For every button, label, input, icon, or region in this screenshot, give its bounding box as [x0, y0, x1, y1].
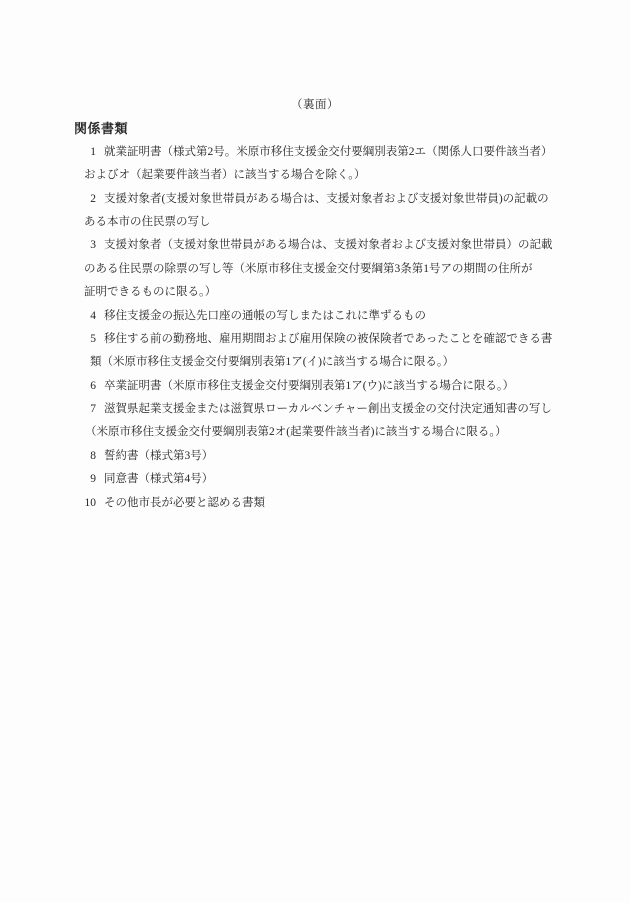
list-item: 3 支援対象者（支援対象世帯員がある場合は、支援対象者および支援対象世帯員）の記… — [0, 234, 630, 304]
item-number: 4 — [74, 305, 96, 328]
item-line: のある住民票の除票の写し等（米原市移住支援金交付要綱第3条第1号アの期間の住所が — [84, 258, 630, 281]
item-number: 7 — [74, 398, 96, 421]
item-line: およびオ（起業要件該当者）に該当する場合を除く。） — [84, 164, 630, 187]
item-line: 滋賀県起業支援金または滋賀県ローカルベンチャー創出支援金の交付決定通知書の写し — [104, 398, 630, 421]
document-body: （裏面） 関係書類 1 就業証明書（様式第2号。米原市移住支援金交付要綱別表第2… — [0, 94, 630, 515]
list-item: 1 就業証明書（様式第2号。米原市移住支援金交付要綱別表第2エ（関係人口要件該当… — [0, 141, 630, 188]
list-item: 9 同意書（様式第4号） — [0, 468, 630, 491]
item-number: 9 — [74, 468, 96, 491]
list-item: 6 卒業証明書（米原市移住支援金交付要綱別表第1ア(ウ)に該当する場合に限る。） — [0, 375, 630, 398]
section-heading: 関係書類 — [74, 117, 630, 140]
list-item: 4 移住支援金の振込先口座の通帳の写しまたはこれに準ずるもの — [0, 305, 630, 328]
item-line: 類（米原市移住支援金交付要綱別表第1ア(イ)に該当する場合に限る。） — [90, 351, 630, 374]
backside-label: （裏面） — [0, 94, 630, 117]
item-line: 支援対象者（支援対象世帯員がある場合は、支援対象者および支援対象世帯員）の記載 — [104, 234, 630, 257]
item-number: 1 — [74, 141, 96, 164]
list-item: 8 誓約書（様式第3号） — [0, 445, 630, 468]
list-item: 2 支援対象者(支援対象世帯員がある場合は、支援対象者および支援対象世帯員)の記… — [0, 188, 630, 235]
list-item: 7 滋賀県起業支援金または滋賀県ローカルベンチャー創出支援金の交付決定通知書の写… — [0, 398, 630, 445]
item-line: （米原市移住支援金交付要綱別表第2オ(起業要件該当者)に該当する場合に限る。） — [85, 421, 630, 444]
item-number: 10 — [74, 492, 96, 515]
item-number: 2 — [74, 188, 96, 211]
item-line: 同意書（様式第4号） — [104, 468, 630, 491]
item-number: 6 — [74, 375, 96, 398]
item-line: その他市長が必要と認める書類 — [104, 492, 630, 515]
item-line: 証明できるものに限る。） — [84, 281, 630, 304]
item-line: 移住支援金の振込先口座の通帳の写しまたはこれに準ずるもの — [104, 305, 630, 328]
list-item: 10 その他市長が必要と認める書類 — [0, 492, 630, 515]
item-line: 就業証明書（様式第2号。米原市移住支援金交付要綱別表第2エ（関係人口要件該当者） — [104, 141, 630, 164]
list-item: 5 移住する前の勤務地、雇用期間および雇用保険の被保険者であったことを確認できる… — [0, 328, 630, 375]
item-number: 3 — [74, 234, 96, 257]
document-page: （裏面） 関係書類 1 就業証明書（様式第2号。米原市移住支援金交付要綱別表第2… — [0, 0, 630, 903]
item-line: 卒業証明書（米原市移住支援金交付要綱別表第1ア(ウ)に該当する場合に限る。） — [104, 375, 630, 398]
item-line: 支援対象者(支援対象世帯員がある場合は、支援対象者および支援対象世帯員)の記載の — [104, 188, 630, 211]
item-line: ある本市の住民票の写し — [84, 211, 630, 234]
item-number: 8 — [74, 445, 96, 468]
item-number: 5 — [74, 328, 96, 351]
item-line: 誓約書（様式第3号） — [104, 445, 630, 468]
item-line: 移住する前の勤務地、雇用期間および雇用保険の被保険者であったことを確認できる書 — [104, 328, 630, 351]
